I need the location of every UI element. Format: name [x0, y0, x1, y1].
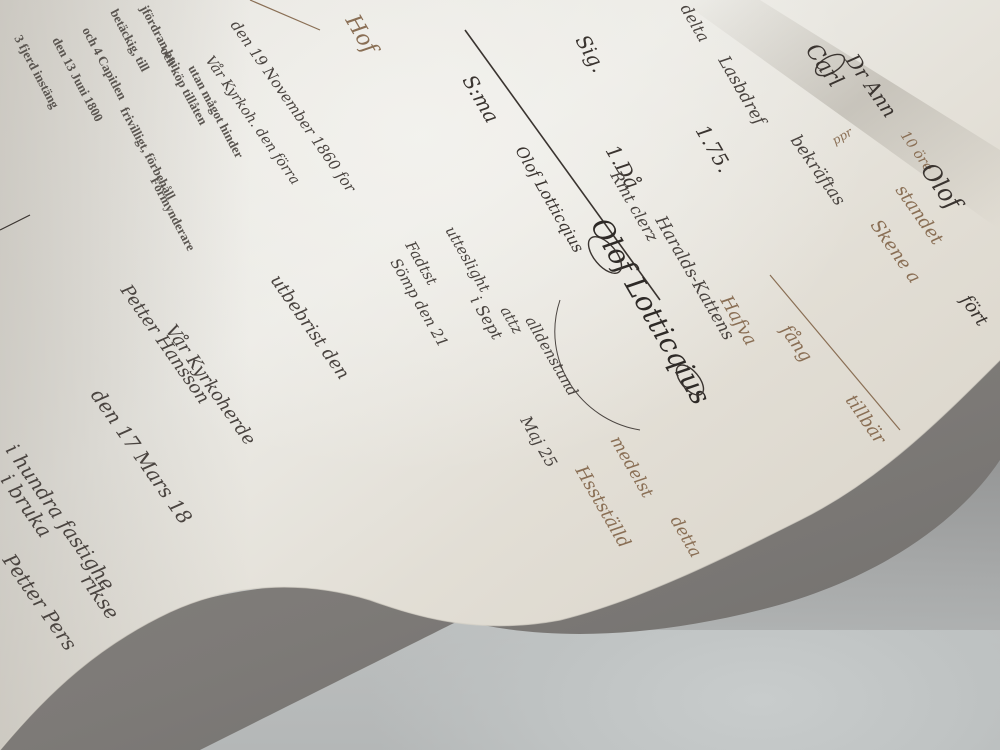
wallpaper-scene: jfördran hui betäckig, till och 4 Capitl…	[0, 0, 1000, 750]
wallpaper-roll: jfördran hui betäckig, till och 4 Capitl…	[0, 0, 1000, 750]
